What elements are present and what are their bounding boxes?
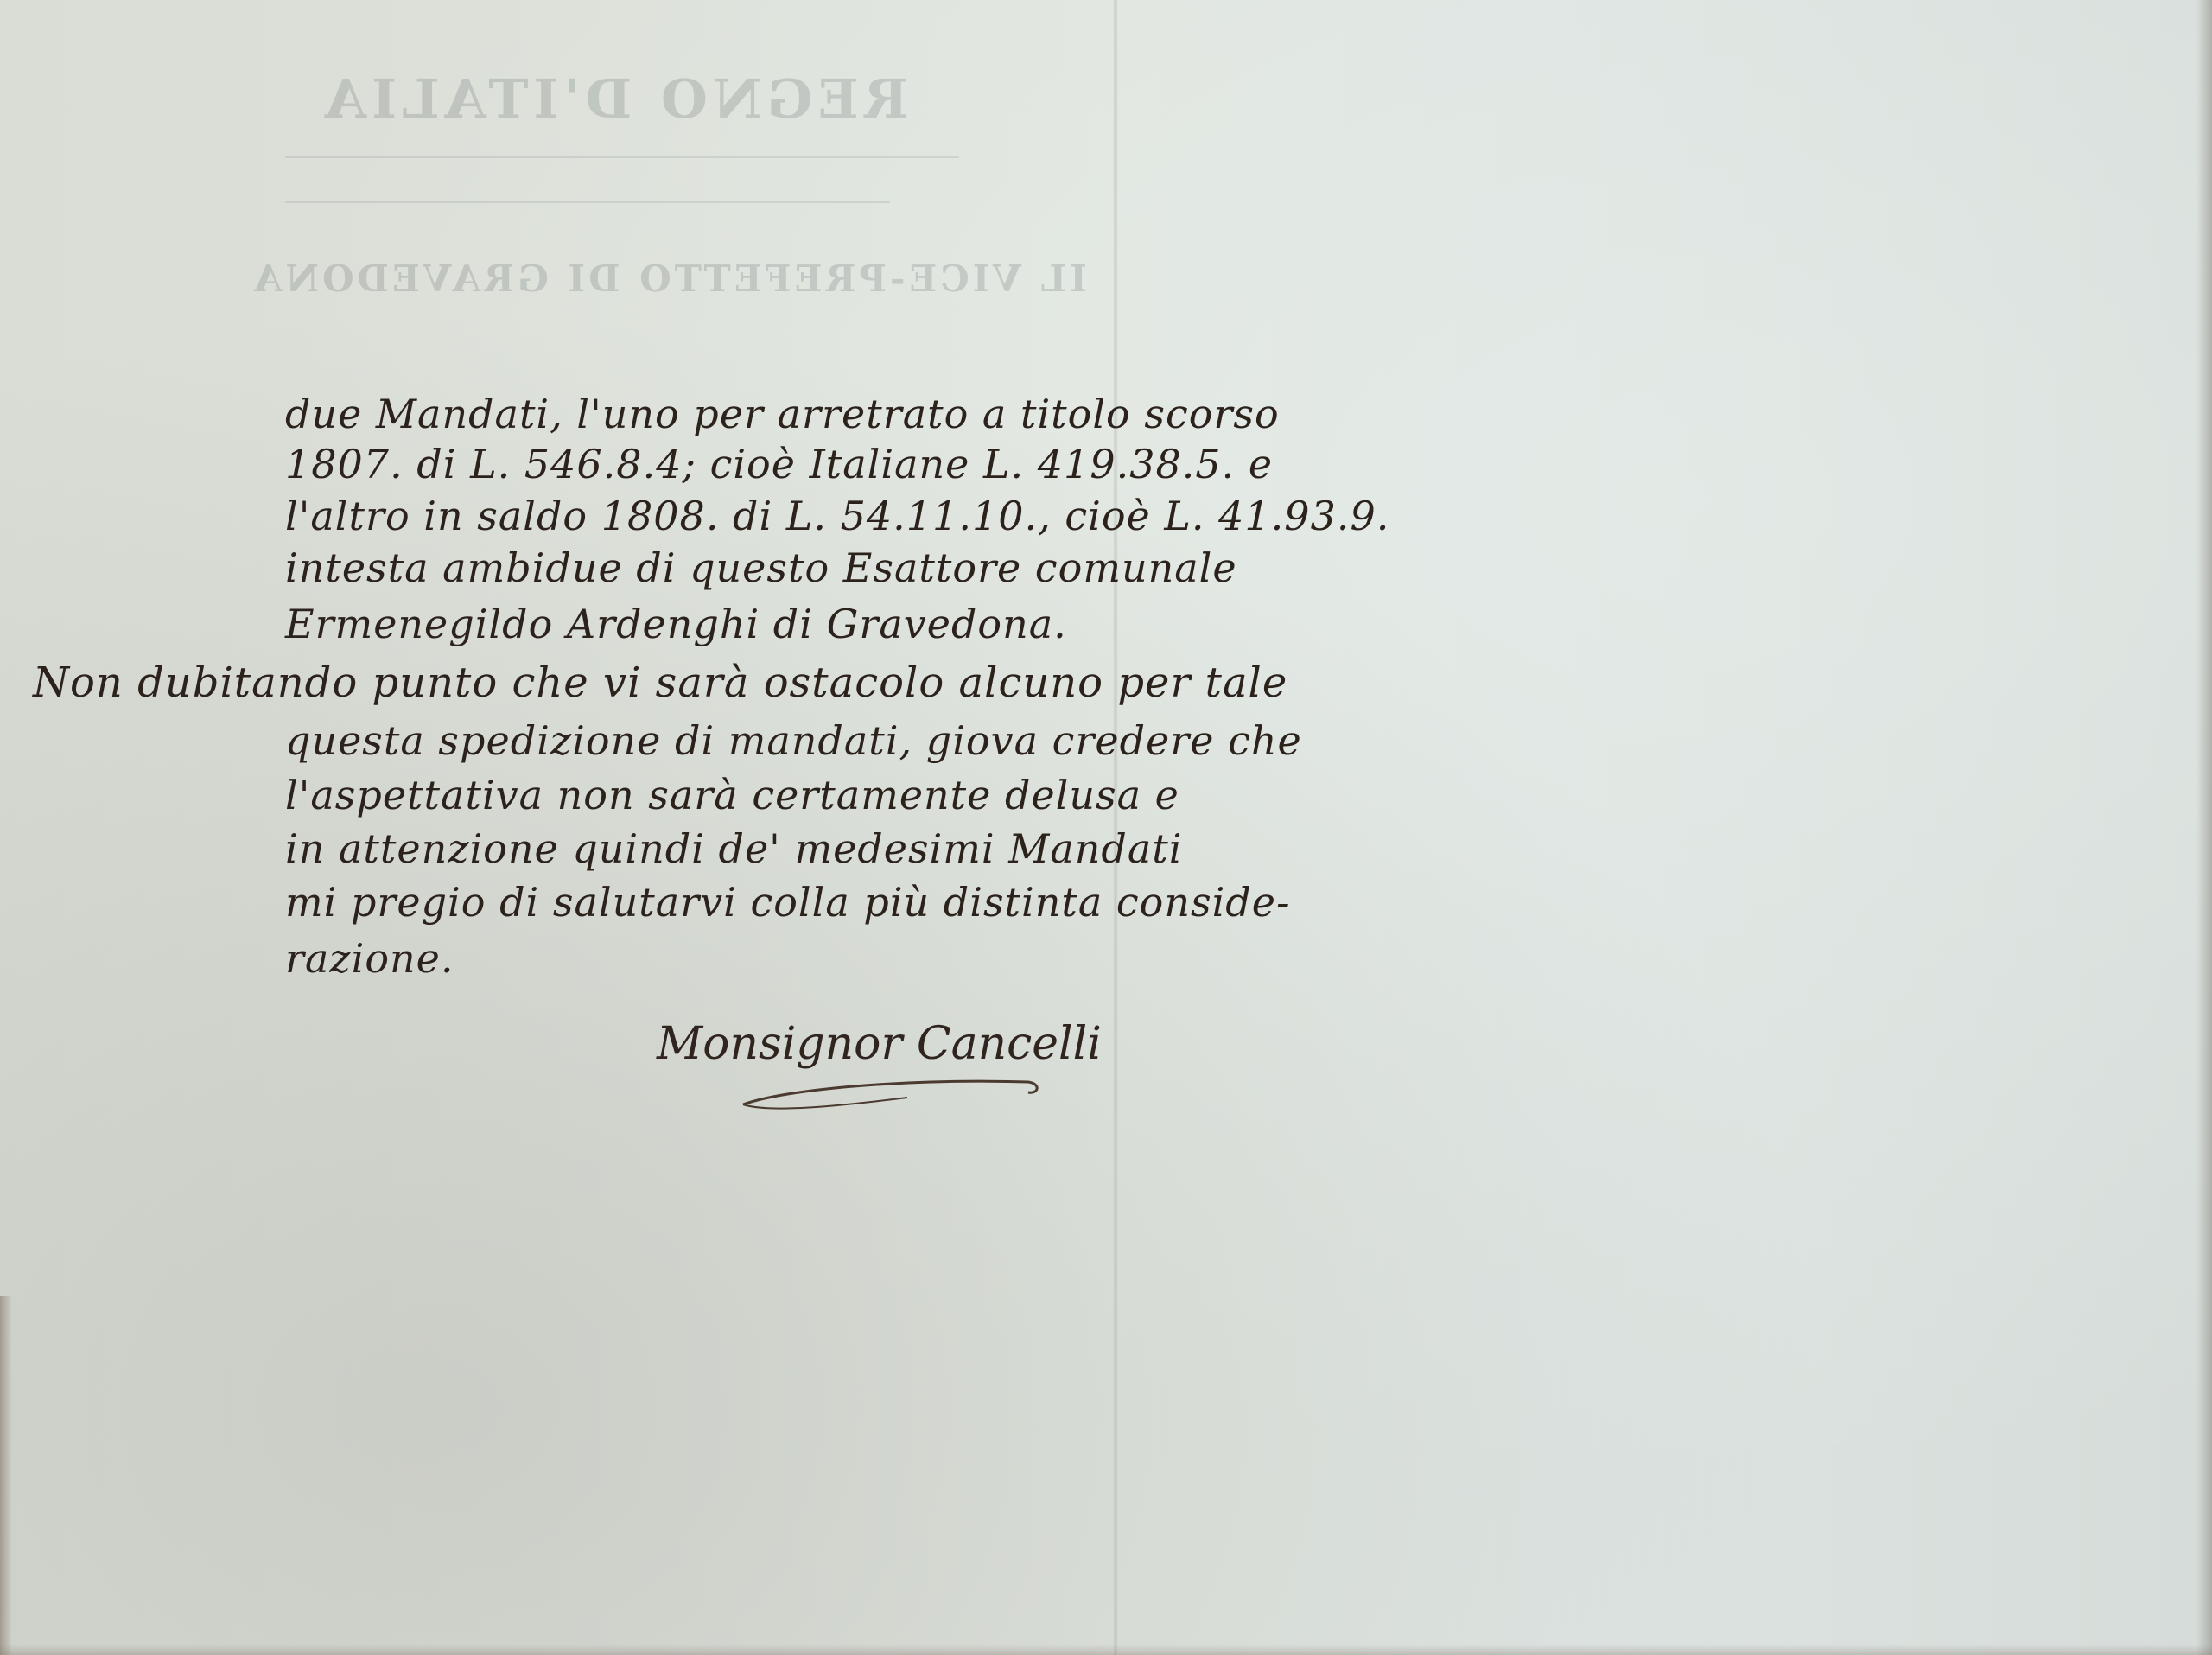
signature-flourish-icon <box>734 1063 1046 1115</box>
letter-line-2: 1807. di L. 546.8.4; cioè Italiane L. 41… <box>285 441 1273 487</box>
letter-line-9: in attenzione quindi de' medesimi Mandat… <box>285 825 1182 872</box>
letter-line-4: intesta ambidue di questo Esattore comun… <box>285 544 1237 591</box>
letter-line-1: due Mandati, l'uno per arretrato a titol… <box>285 391 1280 437</box>
letter-line-11: razione. <box>285 935 454 982</box>
letter-line-3: l'altro in saldo 1808. di L. 54.11.10., … <box>285 493 1389 539</box>
paper-sheet: REGNO D'ITALIA IL VICE-PREFETTO DI GRAVE… <box>0 0 2212 1655</box>
letter-line-7: questa spedizione di mandati, giova cred… <box>285 717 1302 764</box>
letter-line-5: Ermenegildo Ardenghi di Gravedona. <box>285 601 1067 647</box>
letter-body: due Mandati, l'uno per arretrato a titol… <box>0 0 2212 1655</box>
signature: Monsignor Cancelli <box>657 1018 1102 1070</box>
letter-line-6: Non dubitando punto che vi sarà ostacolo… <box>33 659 1287 707</box>
letter-line-8: l'aspettativa non sarà certamente delusa… <box>285 772 1179 818</box>
letter-line-10: mi pregio di salutarvi colla più distint… <box>285 879 1291 926</box>
